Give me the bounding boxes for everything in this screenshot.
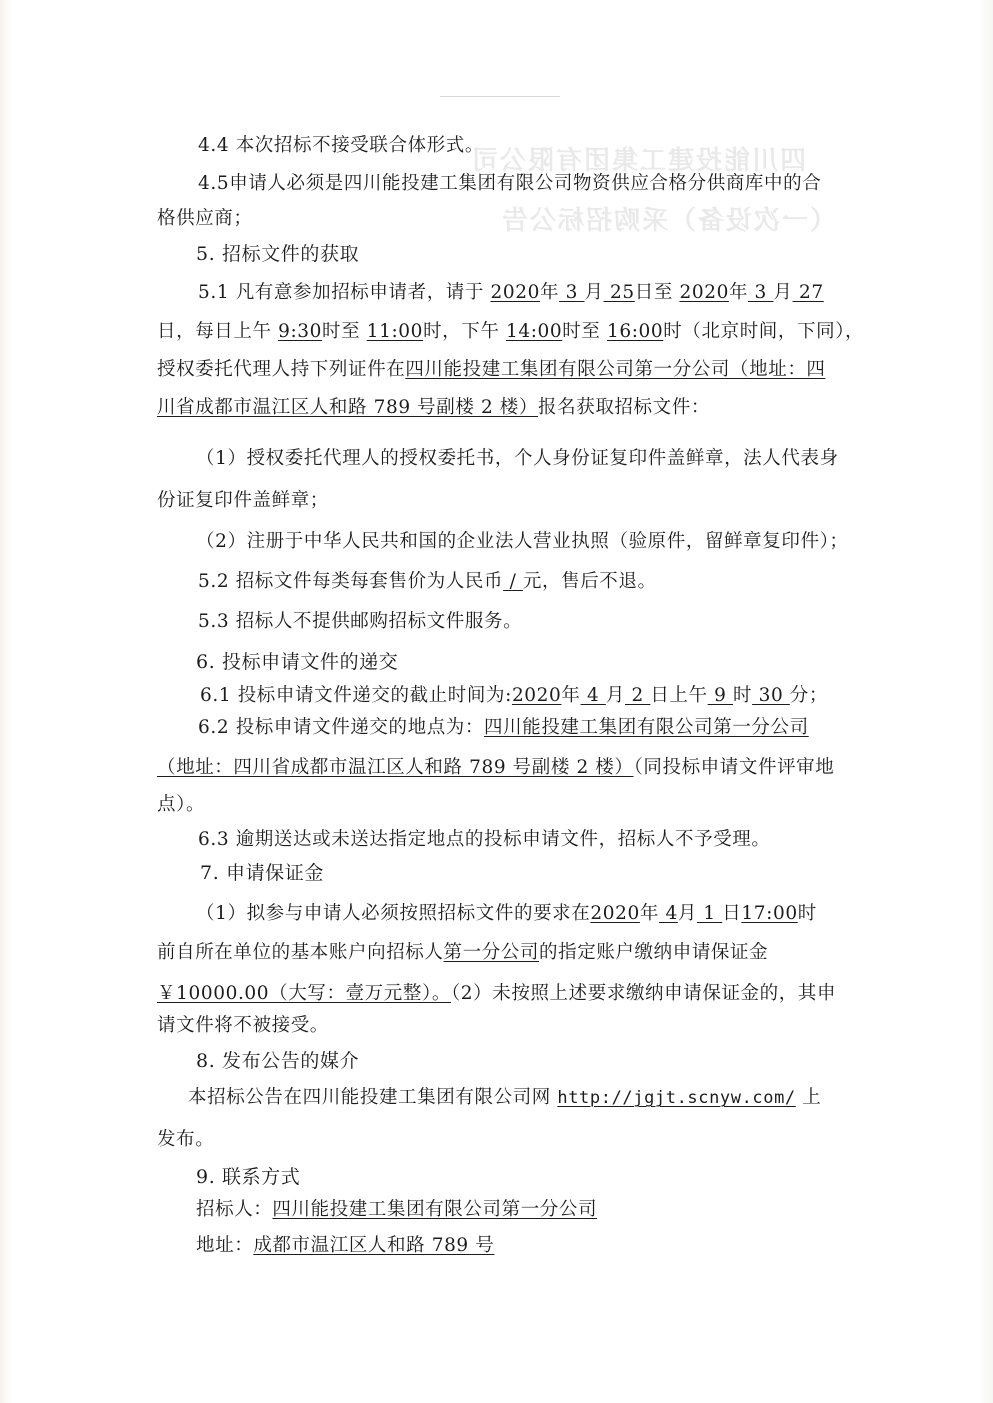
- month-label: 月: [606, 685, 625, 706]
- deposit-year: 2020: [590, 903, 639, 924]
- deposit-account-text: 前自所在单位的基本账户向招标人: [157, 942, 444, 963]
- year-label: 年: [561, 685, 580, 706]
- requirement-1-line1: （1）授权委托代理人的授权委托书，个人身份证复印件盖鲜章，法人代表身: [196, 447, 839, 471]
- price-value: /: [503, 571, 523, 592]
- registration-address: 川省成都市温江区人和路 789 号副楼 2 楼）: [157, 397, 538, 418]
- deposit-instruction: （1）拟参与申请人必须按照招标文件的要求在: [196, 903, 590, 924]
- submission-place: 四川能投建工集团有限公司第一分公司: [484, 717, 809, 738]
- start-day: 25: [604, 282, 635, 303]
- website-link[interactable]: http://jgjt.scnyw.com/: [557, 1088, 795, 1108]
- section-7-heading: 7. 申请保证金: [200, 861, 324, 885]
- deadline-hour: 9: [708, 685, 733, 706]
- end-day: 27: [793, 282, 824, 303]
- clause-6-2-line3: 点）。: [157, 793, 205, 817]
- to-label: 日至: [635, 282, 673, 303]
- year-label: 年: [640, 903, 659, 924]
- clause-5-1-line3: 授权委托代理人持下列证件在四川能投建工集团有限公司第一分公司（地址：四: [157, 358, 826, 382]
- price-label: 5.2 招标文件每类每套售价为人民币: [198, 571, 503, 592]
- deadline-label: 6.1 投标申请文件递交的截止时间为:: [200, 685, 512, 706]
- clause-5-1-line4: 川省成都市温江区人和路 789 号副楼 2 楼）报名获取招标文件：: [157, 396, 710, 420]
- am-start-time: 9:30: [278, 321, 322, 342]
- deadline-year: 2020: [512, 685, 561, 706]
- deadline-minute: 30: [752, 685, 790, 706]
- deposit-line1: （1）拟参与申请人必须按照招标文件的要求在2020年 4月 1 日17:00时: [196, 902, 817, 926]
- header-rule: [440, 96, 560, 97]
- publication-text: 本招标公告在四川能投建工集团有限公司网: [188, 1087, 551, 1108]
- month-label: 月: [678, 903, 697, 924]
- deposit-time: 17:00: [741, 903, 797, 924]
- end-month-value: 3: [755, 282, 767, 303]
- deposit-line4: 请文件将不被接受。: [157, 1014, 329, 1038]
- year-label: 年: [729, 282, 748, 303]
- daily-label: 日，每日上午: [157, 321, 272, 342]
- agent-instruction: 授权委托代理人持下列证件在: [157, 359, 405, 380]
- submission-address: （地址：四川省成都市温江区人和路 789 号副楼 2 楼）: [157, 757, 634, 778]
- start-day-value: 25: [610, 282, 635, 303]
- clause-5-1-line1: 5.1 凡有意参加招标申请者，请于 2020年 3 月 25日至 2020年 3…: [198, 281, 824, 305]
- section-6-heading: 6. 投标申请文件的递交: [196, 650, 398, 674]
- requirement-1-line2: 份证复印件盖鲜章；: [157, 489, 329, 513]
- end-day-value: 27: [799, 282, 824, 303]
- contact-tenderer: 招标人：四川能投建工集团有限公司第一分公司: [196, 1198, 597, 1222]
- deposit-line2: 前自所在单位的基本账户向招标人第一分公司的指定账户缴纳申请保证金: [157, 941, 768, 965]
- year-label: 年: [540, 282, 559, 303]
- end-month: 3: [748, 282, 773, 303]
- deposit-line3: ￥10000.00（大写：壹万元整）。（2）未按照上述要求缴纳申请保证金的，其申: [157, 982, 836, 1006]
- clause-6-2-line1: 6.2 投标申请文件递交的地点为：四川能投建工集团有限公司第一分公司: [198, 716, 809, 740]
- deposit-account-suffix: 的指定账户缴纳申请保证金: [539, 942, 768, 963]
- address-value: 成都市温江区人和路 789 号: [253, 1235, 494, 1256]
- month-label: 月: [773, 282, 792, 303]
- section-5-heading: 5. 招标文件的获取: [196, 242, 359, 266]
- deposit-day: 1: [697, 903, 722, 924]
- am-end-time: 11:00: [367, 321, 423, 342]
- clause-6-2-line2: （地址：四川省成都市温江区人和路 789 号副楼 2 楼）（同投标申请文件评审地: [157, 756, 834, 780]
- deposit-amount: ￥10000.00（大写：壹万元整）。: [157, 983, 451, 1004]
- day-label: 日: [722, 903, 741, 924]
- day-label: 日上午: [650, 685, 707, 706]
- contact-address: 地址：成都市温江区人和路 789 号: [196, 1234, 494, 1258]
- registration-location: 四川能投建工集团有限公司第一分公司（地址：四: [405, 359, 825, 380]
- clause-5-1-prefix: 5.1 凡有意参加招标申请者，请于: [198, 282, 484, 303]
- pm-label: 时，下午: [423, 321, 499, 342]
- deposit-penalty: （2）未按照上述要求缴纳申请保证金的，其申: [451, 983, 836, 1004]
- publication-line1: 本招标公告在四川能投建工集团有限公司网 http://jgjt.scnyw.co…: [188, 1086, 821, 1110]
- obtain-docs-text: 报名获取招标文件：: [538, 397, 710, 418]
- bleed-through-subtitle: （一次设备）采购招标公告: [500, 200, 836, 237]
- scanned-document-page: 四川能投建工集团有限公司 （一次设备）采购招标公告 4.4 本次招标不接受联合体…: [0, 0, 993, 1403]
- start-year: 2020: [491, 282, 540, 303]
- requirement-2: （2）注册于中华人民共和国的企业法人营业执照（验原件，留鲜章复印件）；: [196, 530, 849, 554]
- clause-4-5-line2: 格供应商；: [157, 207, 253, 231]
- price-suffix: 元，售后不退。: [523, 571, 657, 592]
- publication-suffix: 上: [802, 1087, 821, 1108]
- address-label: 地址：: [196, 1235, 253, 1256]
- month-label: 月: [584, 282, 603, 303]
- clause-6-3: 6.3 逾期送达或未送达指定地点的投标申请文件，招标人不予受理。: [198, 828, 771, 852]
- start-month-value: 3: [566, 282, 578, 303]
- tenderer-label: 招标人：: [196, 1199, 272, 1220]
- section-9-heading: 9. 联系方式: [196, 1165, 300, 1189]
- deposit-month: 4: [659, 903, 678, 924]
- clause-5-1-line2: 日，每日上午 9:30时至 11:00时，下午 14:00时至 16:00时（北…: [157, 320, 864, 344]
- end-year: 2020: [679, 282, 728, 303]
- deadline-day: 2: [625, 685, 650, 706]
- section-8-heading: 8. 发布公告的媒介: [196, 1049, 359, 1073]
- deposit-branch: 第一分公司: [444, 942, 540, 963]
- review-location-note: （同投标申请文件评审地: [634, 757, 835, 778]
- submission-place-label: 6.2 投标申请文件递交的地点为：: [198, 717, 484, 738]
- beijing-time-note: 时（北京时间，下同），: [663, 321, 864, 342]
- publication-line2: 发布。: [157, 1128, 214, 1152]
- pm-end-time: 16:00: [607, 321, 663, 342]
- to-label: 时至: [322, 321, 360, 342]
- minute-label: 分；: [790, 685, 828, 706]
- clause-4-4: 4.4 本次招标不接受联合体形式。: [198, 134, 484, 158]
- to-label: 时至: [562, 321, 600, 342]
- start-month: 3: [559, 282, 584, 303]
- deadline-month: 4: [581, 685, 606, 706]
- hour-label: 时: [733, 685, 752, 706]
- clause-5-2: 5.2 招标文件每类每套售价为人民币 / 元，售后不退。: [198, 570, 657, 594]
- pm-start-time: 14:00: [506, 321, 562, 342]
- hour-label: 时: [798, 903, 817, 924]
- tenderer-name: 四川能投建工集团有限公司第一分公司: [272, 1199, 597, 1220]
- clause-4-5-line1: 4.5申请人必须是四川能投建工集团有限公司物资供应合格分供商库中的合: [198, 172, 821, 196]
- clause-5-3: 5.3 招标人不提供邮购招标文件服务。: [198, 610, 522, 634]
- clause-6-1: 6.1 投标申请文件递交的截止时间为:2020年 4 月 2 日上午 9 时 3…: [200, 684, 828, 708]
